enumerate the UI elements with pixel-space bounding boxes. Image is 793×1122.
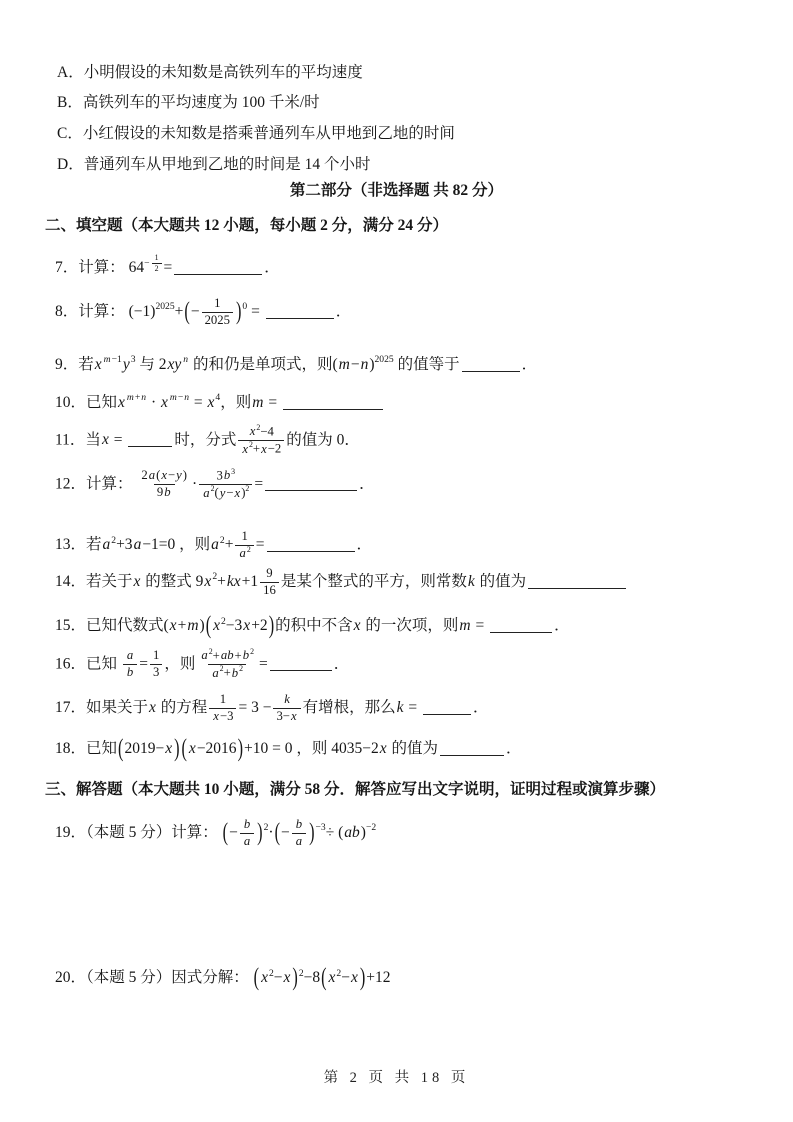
math-text: +12: [366, 969, 390, 986]
question-14: 14．若关于x 的整式 9x2+kx+1916是某个整式的平方，则常数k 的值为: [55, 566, 628, 599]
answer-blank: [423, 698, 471, 715]
math-text: −: [281, 824, 290, 841]
math-text: ．: [473, 699, 489, 716]
tall-paren: (: [205, 610, 212, 644]
math-text: 20．（本题 5 分）因式分解：: [55, 969, 253, 986]
answer-blank: [128, 430, 172, 447]
math-var: a: [200, 648, 208, 662]
question-10: 10．已知xm+n · xm−n = x4，则m =: [55, 393, 385, 414]
math-var: x: [241, 442, 249, 456]
tall-paren: ): [173, 733, 180, 767]
math-text: 的值为: [476, 573, 526, 590]
math-text: +: [217, 573, 226, 590]
fraction: 2a(x−y)9b: [138, 468, 190, 501]
math-text: 2025: [205, 313, 230, 327]
math-var: m: [338, 356, 351, 373]
math-text: ·: [192, 475, 197, 492]
denominator: a2+b2: [208, 664, 246, 681]
math-var: x: [212, 617, 221, 634]
fraction: 13: [150, 648, 162, 681]
denominator: a: [240, 833, 254, 850]
math-var: k: [467, 573, 476, 590]
fraction: 3b3a2(y−x)2: [199, 468, 252, 501]
math-var: a: [126, 648, 134, 662]
math-text: 16: [263, 583, 276, 597]
math-text: 16．已知: [55, 655, 121, 672]
math-text: −: [229, 824, 238, 841]
math-text: 2: [245, 484, 249, 493]
math-text: 2: [247, 545, 251, 554]
question-13: 13．若a2+3a−1=0 ，则a2+1a2=．: [55, 529, 372, 562]
answer-blank: [283, 393, 383, 410]
math-var: b: [126, 665, 134, 679]
math-text: 与 2: [136, 356, 167, 373]
answer-blank: [462, 355, 520, 372]
denominator: 2: [152, 263, 162, 274]
math-text: +: [178, 617, 187, 634]
math-text: +: [225, 536, 234, 553]
superscript: 2: [245, 485, 249, 493]
answer-blank: [267, 535, 355, 552]
option-c: C．小红假设的未知数是搭乘普通列车从甲地到乙地的时间: [57, 124, 455, 145]
math-text: +: [213, 648, 220, 662]
tall-paren: ): [256, 817, 263, 851]
superscript: 2: [239, 665, 243, 673]
numerator: 9: [263, 566, 275, 582]
question-11: 11．当x = 时，分式x2−4x2+x−2的值为 0．: [55, 424, 360, 457]
math-text: −8: [304, 969, 321, 986]
math-text: =: [405, 699, 422, 716]
math-text: 1: [155, 253, 159, 262]
math-text: 是某个整式的平方，则常数: [281, 573, 467, 590]
math-var: x: [203, 573, 212, 590]
math-var: x: [379, 740, 388, 757]
math-text: 2: [250, 647, 254, 656]
numerator: a: [123, 648, 137, 664]
numerator: 3b3: [213, 468, 238, 484]
math-text: =: [256, 536, 265, 553]
math-text: −2: [366, 822, 376, 833]
math-text: −3: [316, 822, 326, 833]
math-text: 的值等于: [394, 356, 460, 373]
math-text: ，则: [164, 655, 195, 672]
math-var: a: [211, 666, 219, 680]
superscript: 2: [247, 546, 251, 554]
math-var: a: [202, 486, 210, 500]
math-var: ab: [220, 648, 235, 662]
math-var: x: [328, 969, 337, 986]
numerator: 1: [238, 529, 250, 545]
math-var: y: [122, 356, 131, 373]
answer-blank: [266, 302, 334, 319]
tall-paren: (: [253, 962, 260, 996]
superscript: −3: [316, 823, 326, 833]
math-text: ): [183, 468, 187, 482]
question-16: 16．已知 ab=13，则a2+ab+b2a2+b2=．: [55, 648, 349, 681]
math-text: −: [341, 969, 350, 986]
superscript: m+n: [126, 393, 147, 403]
question-12: 12．计算： 2a(x−y)9b·3b3a2(y−x)2=．: [55, 468, 375, 501]
math-text: ·: [147, 394, 160, 411]
superscript: −2: [366, 823, 376, 833]
math-text: 的值为 0．: [286, 431, 360, 448]
math-text: ．: [357, 536, 373, 553]
math-var: x: [290, 709, 298, 723]
math-text: −: [144, 258, 149, 269]
math-var: a: [238, 546, 246, 560]
math-var: x: [242, 617, 251, 634]
math-var: b: [163, 485, 171, 499]
math-text: −1: [112, 354, 122, 365]
math-text: 19．（本题 5 分）计算：: [55, 824, 222, 841]
answer-blank: [528, 572, 626, 589]
fraction: ba: [240, 817, 254, 850]
math-text: 2: [155, 264, 159, 273]
superscript: 2025: [155, 302, 174, 312]
math-var: a: [210, 536, 220, 553]
math-var: x: [164, 740, 173, 757]
math-text: +3: [116, 536, 133, 553]
math-text: =: [190, 394, 207, 411]
page-footer: 第 2 页 共 18 页: [0, 1069, 793, 1089]
math-var: x: [350, 969, 359, 986]
math-text: 有增根，那么: [303, 699, 396, 716]
math-var: x: [188, 740, 197, 757]
denominator: 2025: [202, 312, 233, 329]
math-text: 1: [241, 529, 247, 543]
tall-paren: (: [320, 962, 327, 996]
math-var: a: [243, 834, 251, 848]
math-text: ．: [506, 740, 522, 757]
fraction: 12: [152, 253, 162, 274]
math-text: ．: [334, 655, 350, 672]
option-a: A．小明假设的未知数是高铁列车的平均速度: [57, 63, 363, 84]
fraction: ab: [123, 648, 137, 681]
math-var: a: [295, 834, 303, 848]
numerator: k: [280, 692, 294, 708]
math-text: 9: [266, 566, 272, 580]
math-var: m: [186, 617, 199, 634]
superscript: 2025: [375, 355, 394, 365]
fraction: ba: [292, 817, 306, 850]
math-text: −4: [260, 424, 274, 438]
math-text: ．: [359, 475, 375, 492]
math-var: a: [133, 536, 143, 553]
math-var: x: [117, 394, 126, 411]
math-var: x: [160, 468, 168, 482]
tall-paren: (: [183, 296, 190, 330]
math-text: =: [139, 655, 148, 672]
question-18: 18．已知(2019−x)(x−2016)+10 = 0 ，则 4035−2x …: [55, 739, 522, 761]
math-var: xy: [167, 356, 183, 373]
option-d: D．普通列车从甲地到乙地的时间是 14 个小时: [57, 155, 370, 176]
denominator: a2: [235, 545, 253, 562]
math-text: +: [224, 666, 231, 680]
math-text: 2: [239, 664, 243, 673]
math-var: x: [212, 709, 220, 723]
math-text: 的和仍是单项式，则(: [189, 356, 338, 373]
tall-paren: (: [117, 733, 124, 767]
fraction: x2−4x2+x−2: [238, 424, 284, 457]
math-text: −3: [226, 617, 243, 634]
answer-blank: [490, 616, 552, 633]
math-var: y: [175, 468, 183, 482]
math-text: 18．已知: [55, 740, 117, 757]
math-text: ．: [264, 259, 280, 276]
math-text: ．: [336, 303, 352, 320]
math-text: =: [254, 475, 263, 492]
numerator: b: [240, 817, 254, 833]
tall-paren: ): [308, 817, 315, 851]
math-text: −: [274, 969, 283, 986]
denominator: x−3: [209, 708, 236, 725]
superscript: 3: [231, 468, 235, 476]
math-text: 3: [153, 665, 159, 679]
fill-in-section-heading: 二、填空题（本大题共 12 小题，每小题 2 分，满分 24 分）: [45, 216, 448, 237]
math-var: m: [458, 617, 471, 634]
math-var: m: [126, 392, 135, 403]
answer-blank: [265, 474, 357, 491]
math-var: n: [360, 356, 370, 373]
math-var: x: [160, 394, 169, 411]
question-8: 8．计算： (−1)2025+(−12025)0 = ．: [55, 296, 351, 329]
question-20: 20．（本题 5 分）因式分解： (x2−x)2−8(x2−x)+12: [55, 968, 391, 990]
math-var: m: [103, 354, 112, 365]
math-text: ．: [554, 617, 570, 634]
math-text: 3−: [276, 709, 290, 723]
math-text: 的值为: [388, 740, 438, 757]
math-var: m: [169, 392, 178, 403]
tall-paren: ): [291, 962, 298, 996]
numerator: a2+ab+b2: [197, 648, 257, 664]
math-text: 的积中不含: [275, 617, 353, 634]
tall-paren: ): [237, 733, 244, 767]
math-text: 的一次项，则: [362, 617, 459, 634]
superscript: −12: [144, 253, 163, 274]
numerator: b: [292, 817, 306, 833]
math-text: ．: [522, 356, 538, 373]
math-text: +1: [242, 573, 259, 590]
math-text: =: [472, 617, 489, 634]
math-text: −2016: [197, 740, 237, 757]
denominator: a: [292, 833, 306, 850]
numerator: x2−4: [246, 424, 277, 440]
math-text: −1=0 ，则: [142, 536, 210, 553]
denominator: 3−x: [273, 708, 300, 725]
math-var: x: [353, 617, 362, 634]
math-text: 的整式 9: [141, 573, 203, 590]
math-text: 15．已知代数式(: [55, 617, 169, 634]
math-var: b: [223, 468, 231, 482]
superscript: m−1: [103, 355, 122, 365]
question-17: 17．如果关于x 的方程1x−3= 3 −k3−x有增根，那么k = ．: [55, 692, 489, 725]
math-text: +10 = 0 ，则 4035−2: [244, 740, 379, 757]
numerator: 1: [211, 296, 223, 312]
fraction: 916: [260, 566, 279, 599]
math-var: a: [148, 468, 156, 482]
math-var: b: [242, 648, 250, 662]
math-var: x: [260, 969, 269, 986]
math-var: b: [243, 817, 251, 831]
math-var: x: [94, 356, 103, 373]
math-text: 11．当: [55, 431, 101, 448]
math-var: b: [231, 666, 239, 680]
math-text: +: [235, 648, 242, 662]
fraction: k3−x: [273, 692, 300, 725]
math-var: x: [148, 699, 157, 716]
math-text: 1: [220, 692, 226, 706]
tall-paren: ): [268, 610, 275, 644]
math-text: 的方程: [157, 699, 207, 716]
math-text: =: [247, 303, 264, 320]
math-text: 14．若关于: [55, 573, 133, 590]
part2-heading: 第二部分（非选择题 共 82 分）: [0, 181, 793, 202]
math-text: ÷ (: [326, 824, 344, 841]
math-text: =: [264, 394, 281, 411]
math-text: 1: [214, 296, 220, 310]
math-text: 10．已知: [55, 394, 117, 411]
math-text: −: [191, 303, 200, 320]
math-text: 2019−: [124, 740, 164, 757]
denominator: a2(y−x)2: [199, 484, 252, 501]
math-text: 13．若: [55, 536, 102, 553]
answer-blank: [174, 258, 262, 275]
math-var: kx: [226, 573, 242, 590]
math-text: 2025: [155, 301, 174, 312]
math-var: a: [102, 536, 112, 553]
math-text: −: [351, 356, 360, 373]
math-var: ab: [343, 824, 361, 841]
denominator: b: [123, 664, 137, 681]
math-text: 3: [231, 467, 235, 476]
tall-paren: ): [235, 296, 242, 330]
tall-paren: ): [359, 962, 366, 996]
math-text: 3: [216, 468, 222, 482]
tall-paren: (: [274, 817, 281, 851]
denominator: 9b: [154, 484, 175, 501]
denominator: 16: [260, 582, 279, 599]
question-9: 9．若xm−1y3 与 2xyn 的和仍是单项式，则(m−n)2025 的值等于…: [55, 355, 537, 376]
answer-blank: [270, 654, 332, 671]
fraction: 1a2: [235, 529, 253, 562]
math-text: = 3 −: [238, 699, 271, 716]
math-text: 8．计算： (−1): [55, 303, 155, 320]
math-var: n: [183, 392, 190, 403]
math-text: ，则: [220, 394, 251, 411]
math-text: −2: [268, 442, 282, 456]
math-var: x: [260, 442, 268, 456]
math-var: x: [101, 431, 110, 448]
numerator: 1: [150, 648, 162, 664]
superscript: m−n: [169, 393, 190, 403]
math-text: 9．若: [55, 356, 94, 373]
math-var: x: [283, 969, 292, 986]
tall-paren: (: [222, 817, 229, 851]
superscript: 2: [250, 648, 254, 656]
answer-blank: [440, 739, 504, 756]
denominator: 3: [150, 664, 162, 681]
math-text: 7．计算： 64: [55, 259, 144, 276]
math-var: x: [169, 617, 178, 634]
math-text: −3: [220, 709, 234, 723]
math-text: 2025: [375, 354, 394, 365]
math-text: =: [259, 655, 268, 672]
math-var: x: [249, 424, 257, 438]
math-text: 1: [153, 648, 159, 662]
fraction: 12025: [202, 296, 233, 329]
question-15: 15．已知代数式(x+m)(x2−3x+2)的积中不含x 的一次项，则m = ．: [55, 616, 570, 638]
math-text: +: [175, 303, 184, 320]
denominator: x2+x−2: [238, 440, 284, 457]
math-text: =: [110, 431, 127, 448]
math-var: m: [251, 394, 264, 411]
option-b: B．高铁列车的平均速度为 100 千米/时: [57, 93, 320, 114]
math-text: 12．计算：: [55, 475, 136, 492]
math-var: k: [283, 692, 291, 706]
exam-page: A．小明假设的未知数是高铁列车的平均速度 B．高铁列车的平均速度为 100 千米…: [0, 0, 793, 1122]
math-text: 时，分式: [174, 431, 236, 448]
math-text: 17．如果关于: [55, 699, 148, 716]
math-var: k: [396, 699, 405, 716]
numerator: 1: [217, 692, 229, 708]
fraction: 1x−3: [209, 692, 236, 725]
math-text: =: [164, 259, 173, 276]
math-var: b: [295, 817, 303, 831]
answer-section-heading: 三、解答题（本大题共 10 小题，满分 58 分．解答应写出文字说明，证明过程或…: [45, 780, 665, 801]
numerator: 1: [152, 253, 162, 263]
math-text: 2: [141, 468, 147, 482]
tall-paren: (: [181, 733, 188, 767]
math-var: x: [207, 394, 216, 411]
math-text: +2: [251, 617, 268, 634]
question-19: 19．（本题 5 分）计算： (−ba)2·(−ba)−3÷ (ab)−2: [55, 817, 376, 850]
math-text: −: [226, 486, 233, 500]
numerator: 2a(x−y): [138, 468, 190, 484]
fraction: a2+ab+b2a2+b2: [197, 648, 257, 681]
question-7: 7．计算： 64−12=．: [55, 253, 280, 279]
